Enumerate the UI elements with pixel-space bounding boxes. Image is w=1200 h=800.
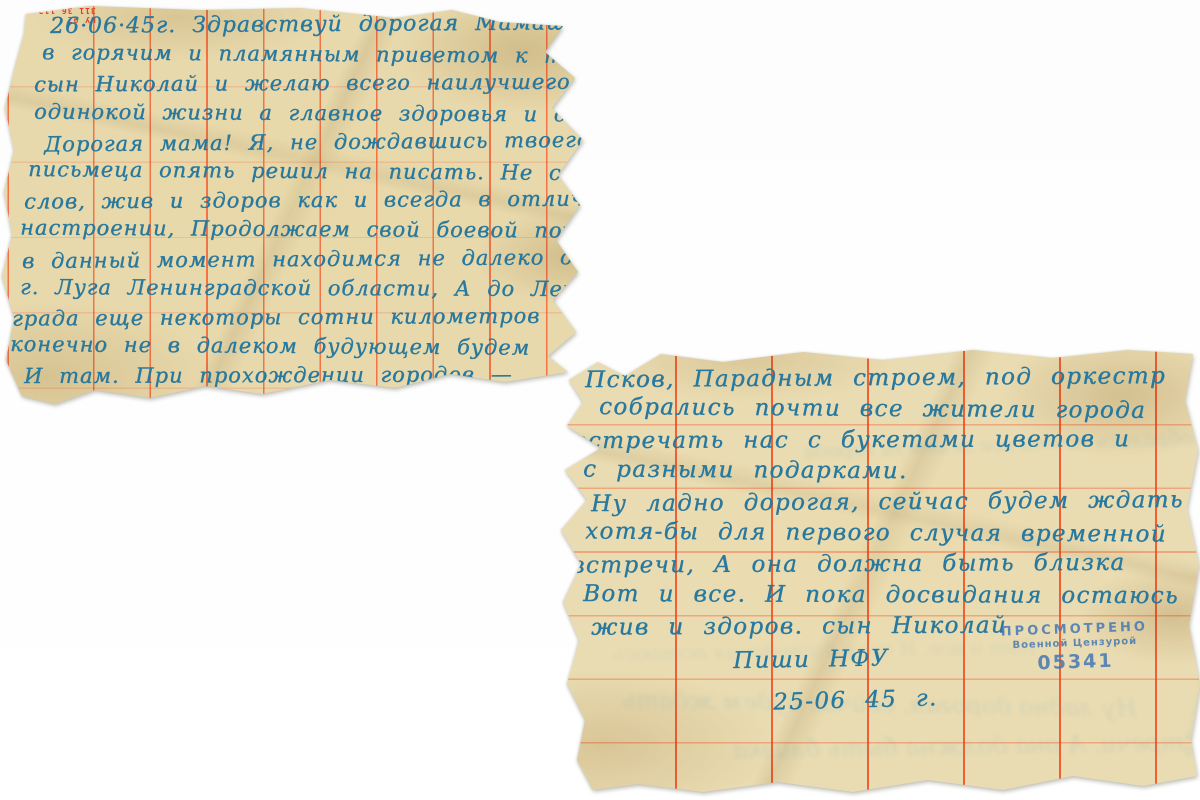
handwritten-line: И там. При прохождении городов — — [24, 363, 594, 387]
handwritten-line: Псков, Парадным строем, под оркестр — [585, 364, 1193, 392]
handwritten-line: одинокой жизни а главное здоровья и счас… — [34, 100, 594, 125]
handwritten-line: встречи, А она должна быть близка — [571, 550, 1193, 577]
ink-showthrough: встречи, А она должна быть близка — [733, 728, 1200, 764]
handwritten-line: в данный момент находимся не далеко от — [22, 246, 594, 272]
handwritten-line: с разными подарками. — [583, 457, 1193, 484]
letter-date: 25-06 45 г. — [773, 680, 1193, 715]
letter-page-2: собрались почти все жители города Ну лад… — [553, 340, 1200, 800]
handwritten-line: конечно не в далеком будующем будем — [10, 333, 594, 359]
handwritten-line: 26·06·45г. Здравствуй дорогая Мамаша! — [50, 12, 594, 38]
handwritten-line: слов, жив и здоров как и всегда в отличн… — [24, 188, 594, 213]
handwritten-line: Вот и все. И пока досвидания остаюсь — [583, 582, 1193, 608]
page1-handwriting-block: 26·06·45г. Здравствуй дорогая Мамаша! в … — [34, 14, 594, 393]
handwritten-line: встречать нас с букетами цветов и — [573, 427, 1193, 453]
handwritten-line: г. Луга Ленинградской области, А до Лени… — [20, 276, 594, 300]
letter-page-1: ЬУ 92 311 36 113 ✳ 26·06·45г. Здравствуй… — [0, 0, 595, 428]
handwritten-line: хотя-бы для первого случая временной — [585, 519, 1193, 546]
scan-background: ЬУ 92 311 36 113 ✳ 26·06·45г. Здравствуй… — [0, 0, 1200, 800]
handwritten-line: Ну ладно дорогая, сейчас будем ждать — [591, 488, 1193, 516]
handwritten-line: собрались почти все жители города — [599, 395, 1193, 423]
letter-page-2-paper: собрались почти все жители города Ну лад… — [553, 340, 1200, 800]
military-censor-stamp: ПРОСМОТРЕНО Военной Цензурой 05341 — [984, 619, 1166, 676]
handwritten-line: Дорогая мама! Я, не дождавшись твоего — [44, 128, 594, 155]
handwritten-line: в горячим и пламянным приветом к тебе — [42, 41, 594, 67]
handwritten-line: сын Николай и желаю всего наилучшего в т… — [34, 71, 594, 96]
letter-page-1-paper: ЬУ 92 311 36 113 ✳ 26·06·45г. Здравствуй… — [0, 0, 595, 428]
handwritten-line: настроении, Продолжаем свой боевой поход — [20, 217, 594, 242]
handwritten-line: града еще некоторы сотни километров — [12, 304, 594, 329]
handwritten-line: письмеца опять решил на писать. Не сколь… — [28, 158, 594, 184]
